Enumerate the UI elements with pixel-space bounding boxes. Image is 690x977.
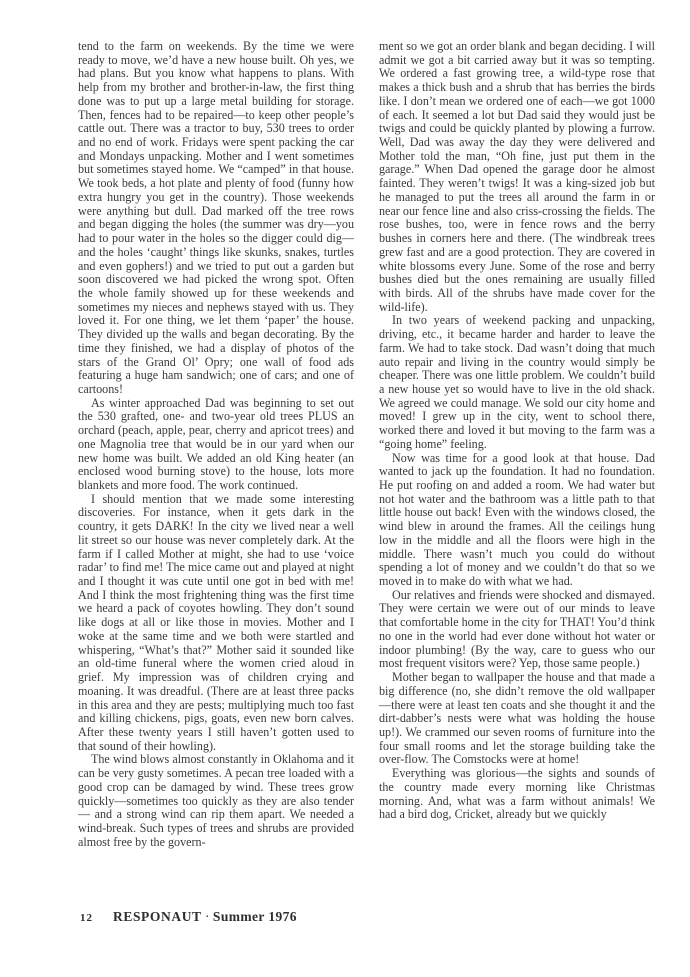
right-text-column: ment so we got an order blank and began … <box>379 40 655 822</box>
paragraph: As winter approached Dad was beginning t… <box>78 397 354 493</box>
magazine-page: tend to the farm on weekends. By the tim… <box>0 0 690 977</box>
page-footer: 12RESPONAUT · Summer 1976 <box>80 909 297 925</box>
paragraph: Our relatives and friends were shocked a… <box>379 589 655 671</box>
publication-name: RESPONAUT <box>113 909 202 924</box>
left-text-column: tend to the farm on weekends. By the tim… <box>78 40 354 849</box>
paragraph: Now was time for a good look at that hou… <box>379 452 655 589</box>
footer-separator: · <box>202 909 213 924</box>
paragraph: Everything was glorious—the sights and s… <box>379 767 655 822</box>
paragraph: In two years of weekend packing and unpa… <box>379 314 655 451</box>
paragraph: ment so we got an order blank and began … <box>379 40 655 314</box>
issue-date: Summer 1976 <box>213 909 297 924</box>
paragraph: The wind blows almost constantly in Okla… <box>78 753 354 849</box>
paragraph: Mother began to wallpaper the house and … <box>379 671 655 767</box>
paragraph: tend to the farm on weekends. By the tim… <box>78 40 354 397</box>
page-number: 12 <box>80 912 93 924</box>
paragraph: I should mention that we made some inter… <box>78 493 354 754</box>
